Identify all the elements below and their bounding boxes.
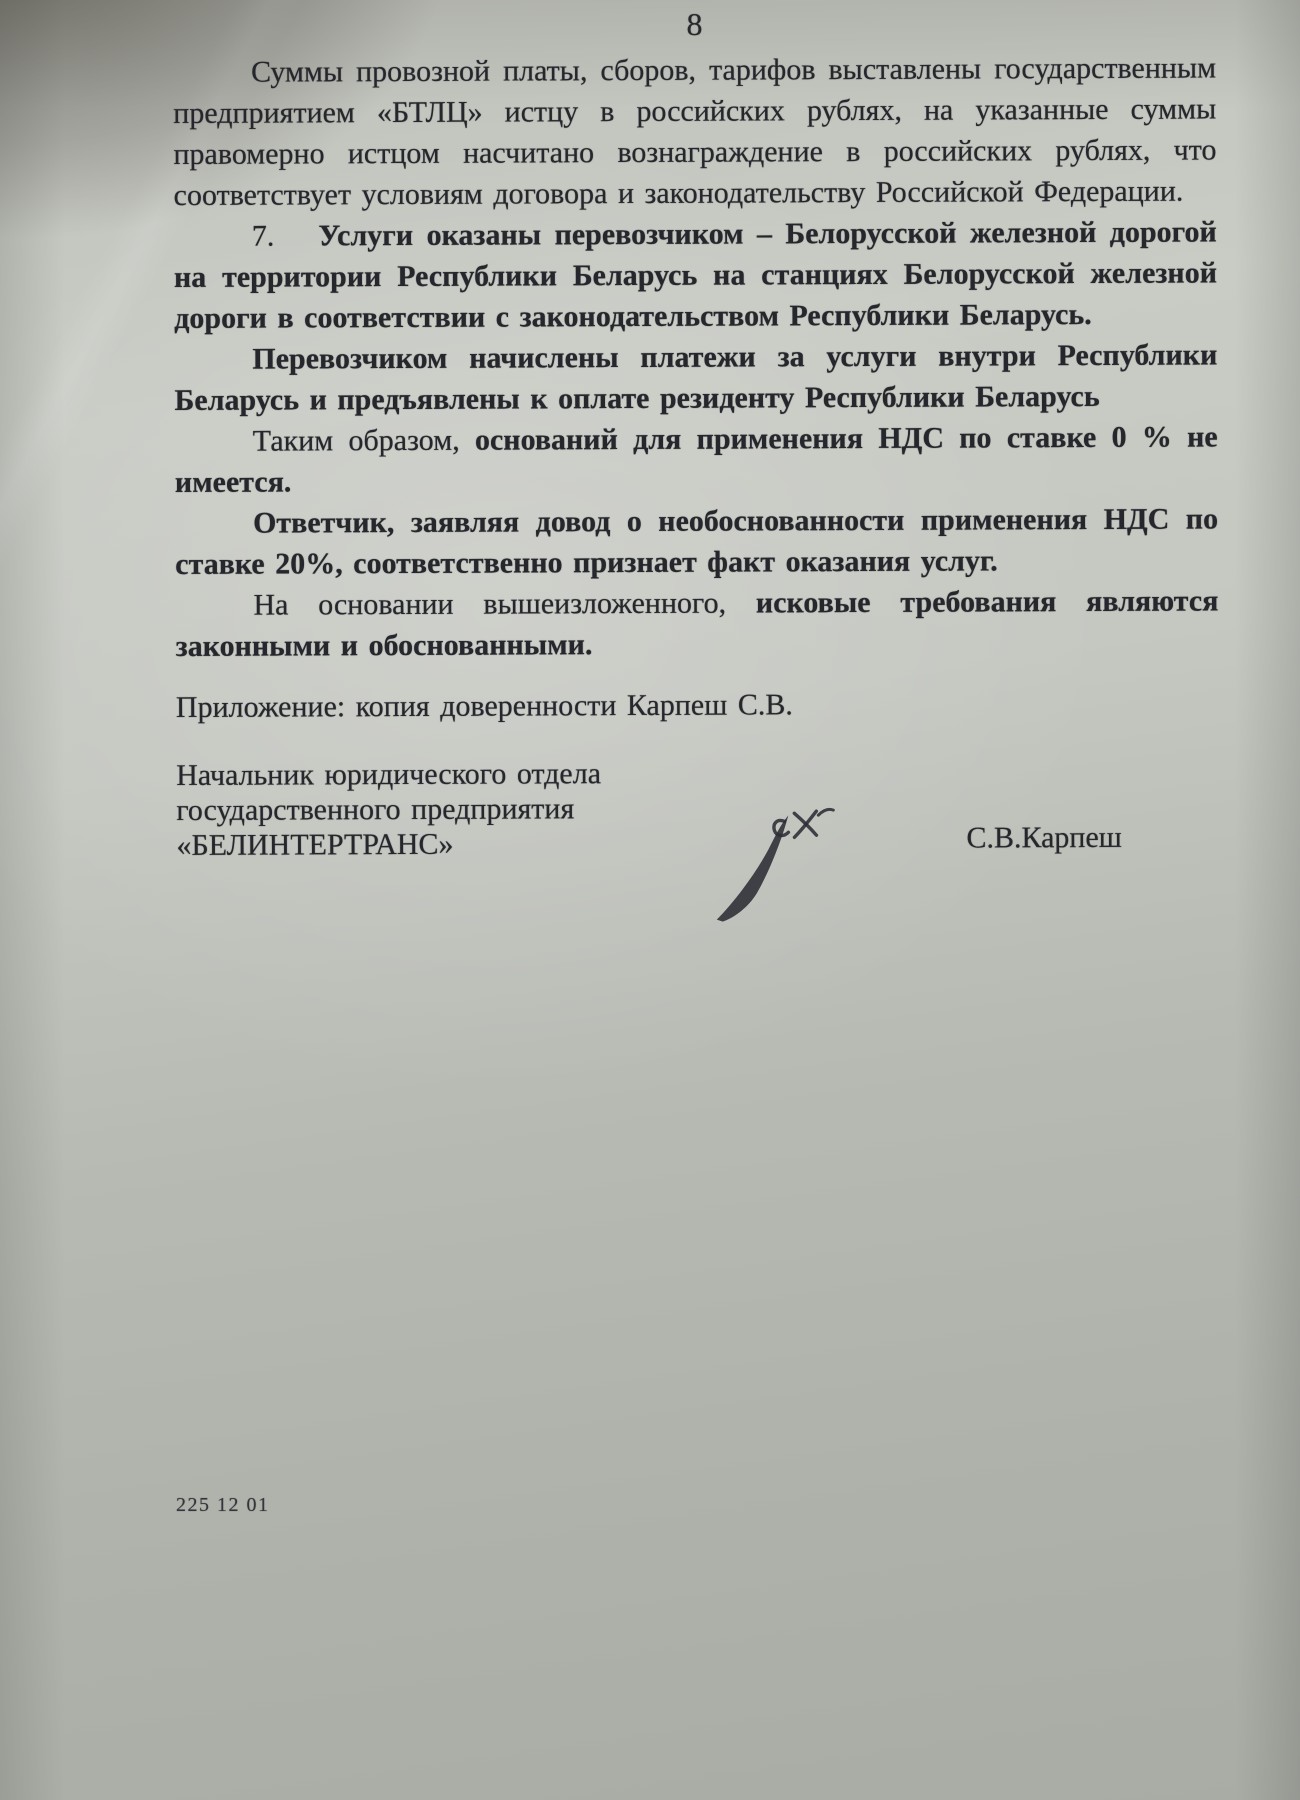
scanned-document-page: 8 Суммы провозной платы, сборов, тарифов… <box>0 0 1300 1800</box>
paragraph-sums: Суммы провозной платы, сборов, тарифов в… <box>173 47 1217 216</box>
paragraph-vat-zero: Таким образом, оснований для применения … <box>175 416 1218 503</box>
paragraph-defendant: Ответчик, заявляя довод о необоснованнос… <box>175 498 1218 585</box>
paragraph-carrier-charges: Перевозчиком начислены платежи за услуги… <box>174 334 1217 421</box>
paragraph-7-services: 7.Услуги оказаны перевозчиком – Белорусс… <box>174 211 1218 339</box>
handwritten-signature-icon <box>696 791 867 932</box>
paragraph-text: Ответчик, заявляя довод о необоснованнос… <box>175 502 1218 581</box>
signer-title-line: Начальник юридического отдела <box>176 753 1219 793</box>
paragraph-number: 7. <box>252 220 275 253</box>
page-number: 8 <box>173 6 1216 43</box>
paragraph-text: Таким образом, <box>253 424 475 458</box>
paragraph-text: Суммы провозной платы, сборов, тарифов в… <box>173 51 1216 212</box>
paragraph-conclusion: На основании вышеизложенного, исковые тр… <box>175 580 1218 667</box>
attachment-line: Приложение: копия доверенности Карпеш С.… <box>176 682 1219 728</box>
footer-code: 225 12 01 <box>176 1494 270 1517</box>
signature-block: Начальник юридического отдела государств… <box>176 753 1220 928</box>
paragraph-text: Перевозчиком начислены платежи за услуги… <box>174 338 1217 417</box>
paragraph-text: Услуги оказаны перевозчиком – Белорусско… <box>174 215 1217 335</box>
document-body: Суммы провозной платы, сборов, тарифов в… <box>173 47 1220 928</box>
signer-name: С.В.Карпеш <box>966 817 1122 859</box>
paragraph-text: На основании вышеизложенного, <box>253 586 756 621</box>
